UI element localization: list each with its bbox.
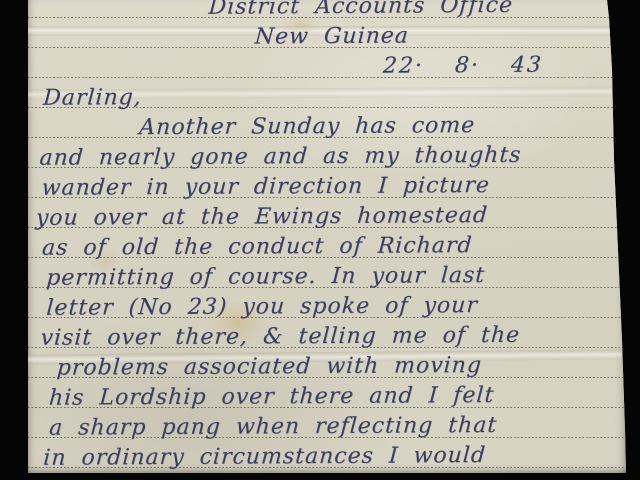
body-line: letter (No 23) you spoke of your bbox=[46, 292, 479, 322]
letter-paper-sheet: District Accounts Office New Guinea 22· … bbox=[28, 0, 628, 473]
body-line: you over at the Ewings homestead bbox=[35, 202, 489, 232]
body-line: permitting of course. In your last bbox=[45, 262, 486, 292]
body-line: a sharp pang when reflecting that bbox=[48, 412, 498, 442]
body-line: and nearly gone and as my thoughts bbox=[39, 142, 523, 172]
body-line: in ordinary circumstances I would bbox=[42, 442, 486, 472]
body-line: his Lordship over there and I felt bbox=[48, 382, 495, 412]
handwriting-layer: District Accounts Office New Guinea 22· … bbox=[27, 0, 630, 475]
body-line: wander in your direction I picture bbox=[41, 172, 491, 202]
body-line: problems associated with moving bbox=[56, 352, 483, 382]
body-line: as of old the conduct of Richard bbox=[41, 232, 473, 262]
letter-heading-place: New Guinea bbox=[254, 22, 410, 50]
body-line: Another Sunday has come bbox=[138, 112, 476, 141]
body-line: visit over there, & telling me of the bbox=[40, 322, 521, 352]
letter-salutation: Darling, bbox=[42, 84, 142, 112]
letter-heading-office: District Accounts Office bbox=[208, 0, 514, 21]
letter-scan-stage: District Accounts Office New Guinea 22· … bbox=[0, 0, 640, 480]
letter-date: 22· 8· 43 bbox=[382, 52, 544, 80]
